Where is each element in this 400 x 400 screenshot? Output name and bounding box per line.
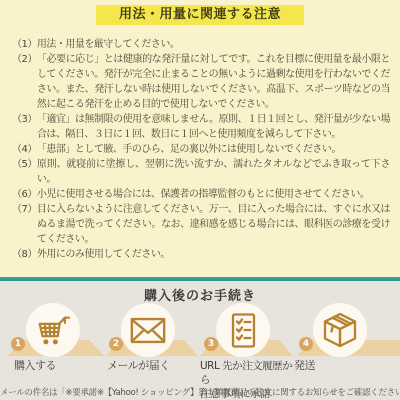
item-text: 原則、就寝前に塗擦し、翌朝に洗い流すか、濡れたタオルなどでふき取って下さい。 <box>37 157 390 187</box>
precaution-item: （5） 原則、就寝前に塗擦し、翌朝に洗い流すか、濡れたタオルなどでふき取って下さ… <box>12 157 390 187</box>
step-4 <box>313 303 367 357</box>
item-text: 用法・用量を厳守してください。 <box>37 37 390 52</box>
item-number: （8） <box>12 247 37 262</box>
item-number: （6） <box>12 187 37 202</box>
item-text: 小児に使用させる場合には、保護者の指導監督のもとに使用させてください。 <box>37 187 390 202</box>
precaution-item: （4） 「患部」として腋、手のひら、足の裏以外には使用しないでください。 <box>12 142 390 157</box>
step-label-line1: URL 先か注文履歴から <box>200 360 292 386</box>
precautions-list: （1） 用法・用量を厳守してください。 （2） 「必要に応じ」とは健康的な発汗量… <box>12 37 390 262</box>
precaution-item: （6） 小児に使用させる場合には、保護者の指導監督のもとに使用させてください。 <box>12 187 390 202</box>
step-label: 購入する <box>14 359 56 373</box>
cart-icon <box>34 314 72 347</box>
purchase-procedure-section: 購入後のお手続き <box>0 281 400 400</box>
step-3 <box>216 303 270 357</box>
item-number: （7） <box>12 202 37 247</box>
precaution-item: （8） 外用にのみ使用してください。 <box>12 247 390 262</box>
item-number: （3） <box>12 112 37 142</box>
precautions-section: 用法・用量に関連する注意 （1） 用法・用量を厳守してください。 （2） 「必要… <box>0 0 400 277</box>
item-text: 「患部」として腋、手のひら、足の裏以外には使用しないでください。 <box>37 142 390 157</box>
step-1 <box>26 303 80 357</box>
item-text: 目に入らないように注意してください。万一、目に入った場合には、すぐに水又はぬるま… <box>37 202 390 247</box>
precautions-title: 用法・用量に関連する注意 <box>96 5 304 25</box>
step-2 <box>121 303 175 357</box>
item-number: （5） <box>12 157 37 187</box>
mail-subject-note: メールの件名は「※要承諾※【Yahoo! ショッピング】第１類医薬品の注文に関す… <box>0 386 400 398</box>
product-info-page: 用法・用量に関連する注意 （1） 用法・用量を厳守してください。 （2） 「必要… <box>0 0 400 400</box>
step-number-badge: 4 <box>299 337 313 351</box>
item-text: 「必要に応じ」とは健康的な発汗量に対してです。これを目標に使用量を最小限としてく… <box>37 52 390 112</box>
step-number-badge: 3 <box>204 337 218 351</box>
checklist-icon <box>229 312 258 349</box>
item-text: 外用にのみ使用してください。 <box>37 247 390 262</box>
box-icon <box>321 312 359 348</box>
precaution-item: （3） 「適宜」は無制限の使用を意味しません。原則、１日１回とし、発汗量が少ない… <box>12 112 390 142</box>
step-label: メールが届く <box>107 359 170 373</box>
precaution-item: （7） 目に入らないように注意してください。万一、目に入った場合には、すぐに水又… <box>12 202 390 247</box>
procedure-title: 購入後のお手続き <box>0 285 400 304</box>
precaution-item: （2） 「必要に応じ」とは健康的な発汗量に対してです。これを目標に使用量を最小限… <box>12 52 390 112</box>
step-number-badge: 2 <box>109 337 123 351</box>
item-number: （2） <box>12 52 37 112</box>
step-label: 発送 <box>294 359 315 373</box>
mail-icon <box>129 316 167 345</box>
item-number: （1） <box>12 37 37 52</box>
precaution-item: （1） 用法・用量を厳守してください。 <box>12 37 390 52</box>
step-number-badge: 1 <box>11 337 25 351</box>
item-text: 「適宜」は無制限の使用を意味しません。原則、１日１回とし、発汗量が少ない場合は、… <box>37 112 390 142</box>
item-number: （4） <box>12 142 37 157</box>
